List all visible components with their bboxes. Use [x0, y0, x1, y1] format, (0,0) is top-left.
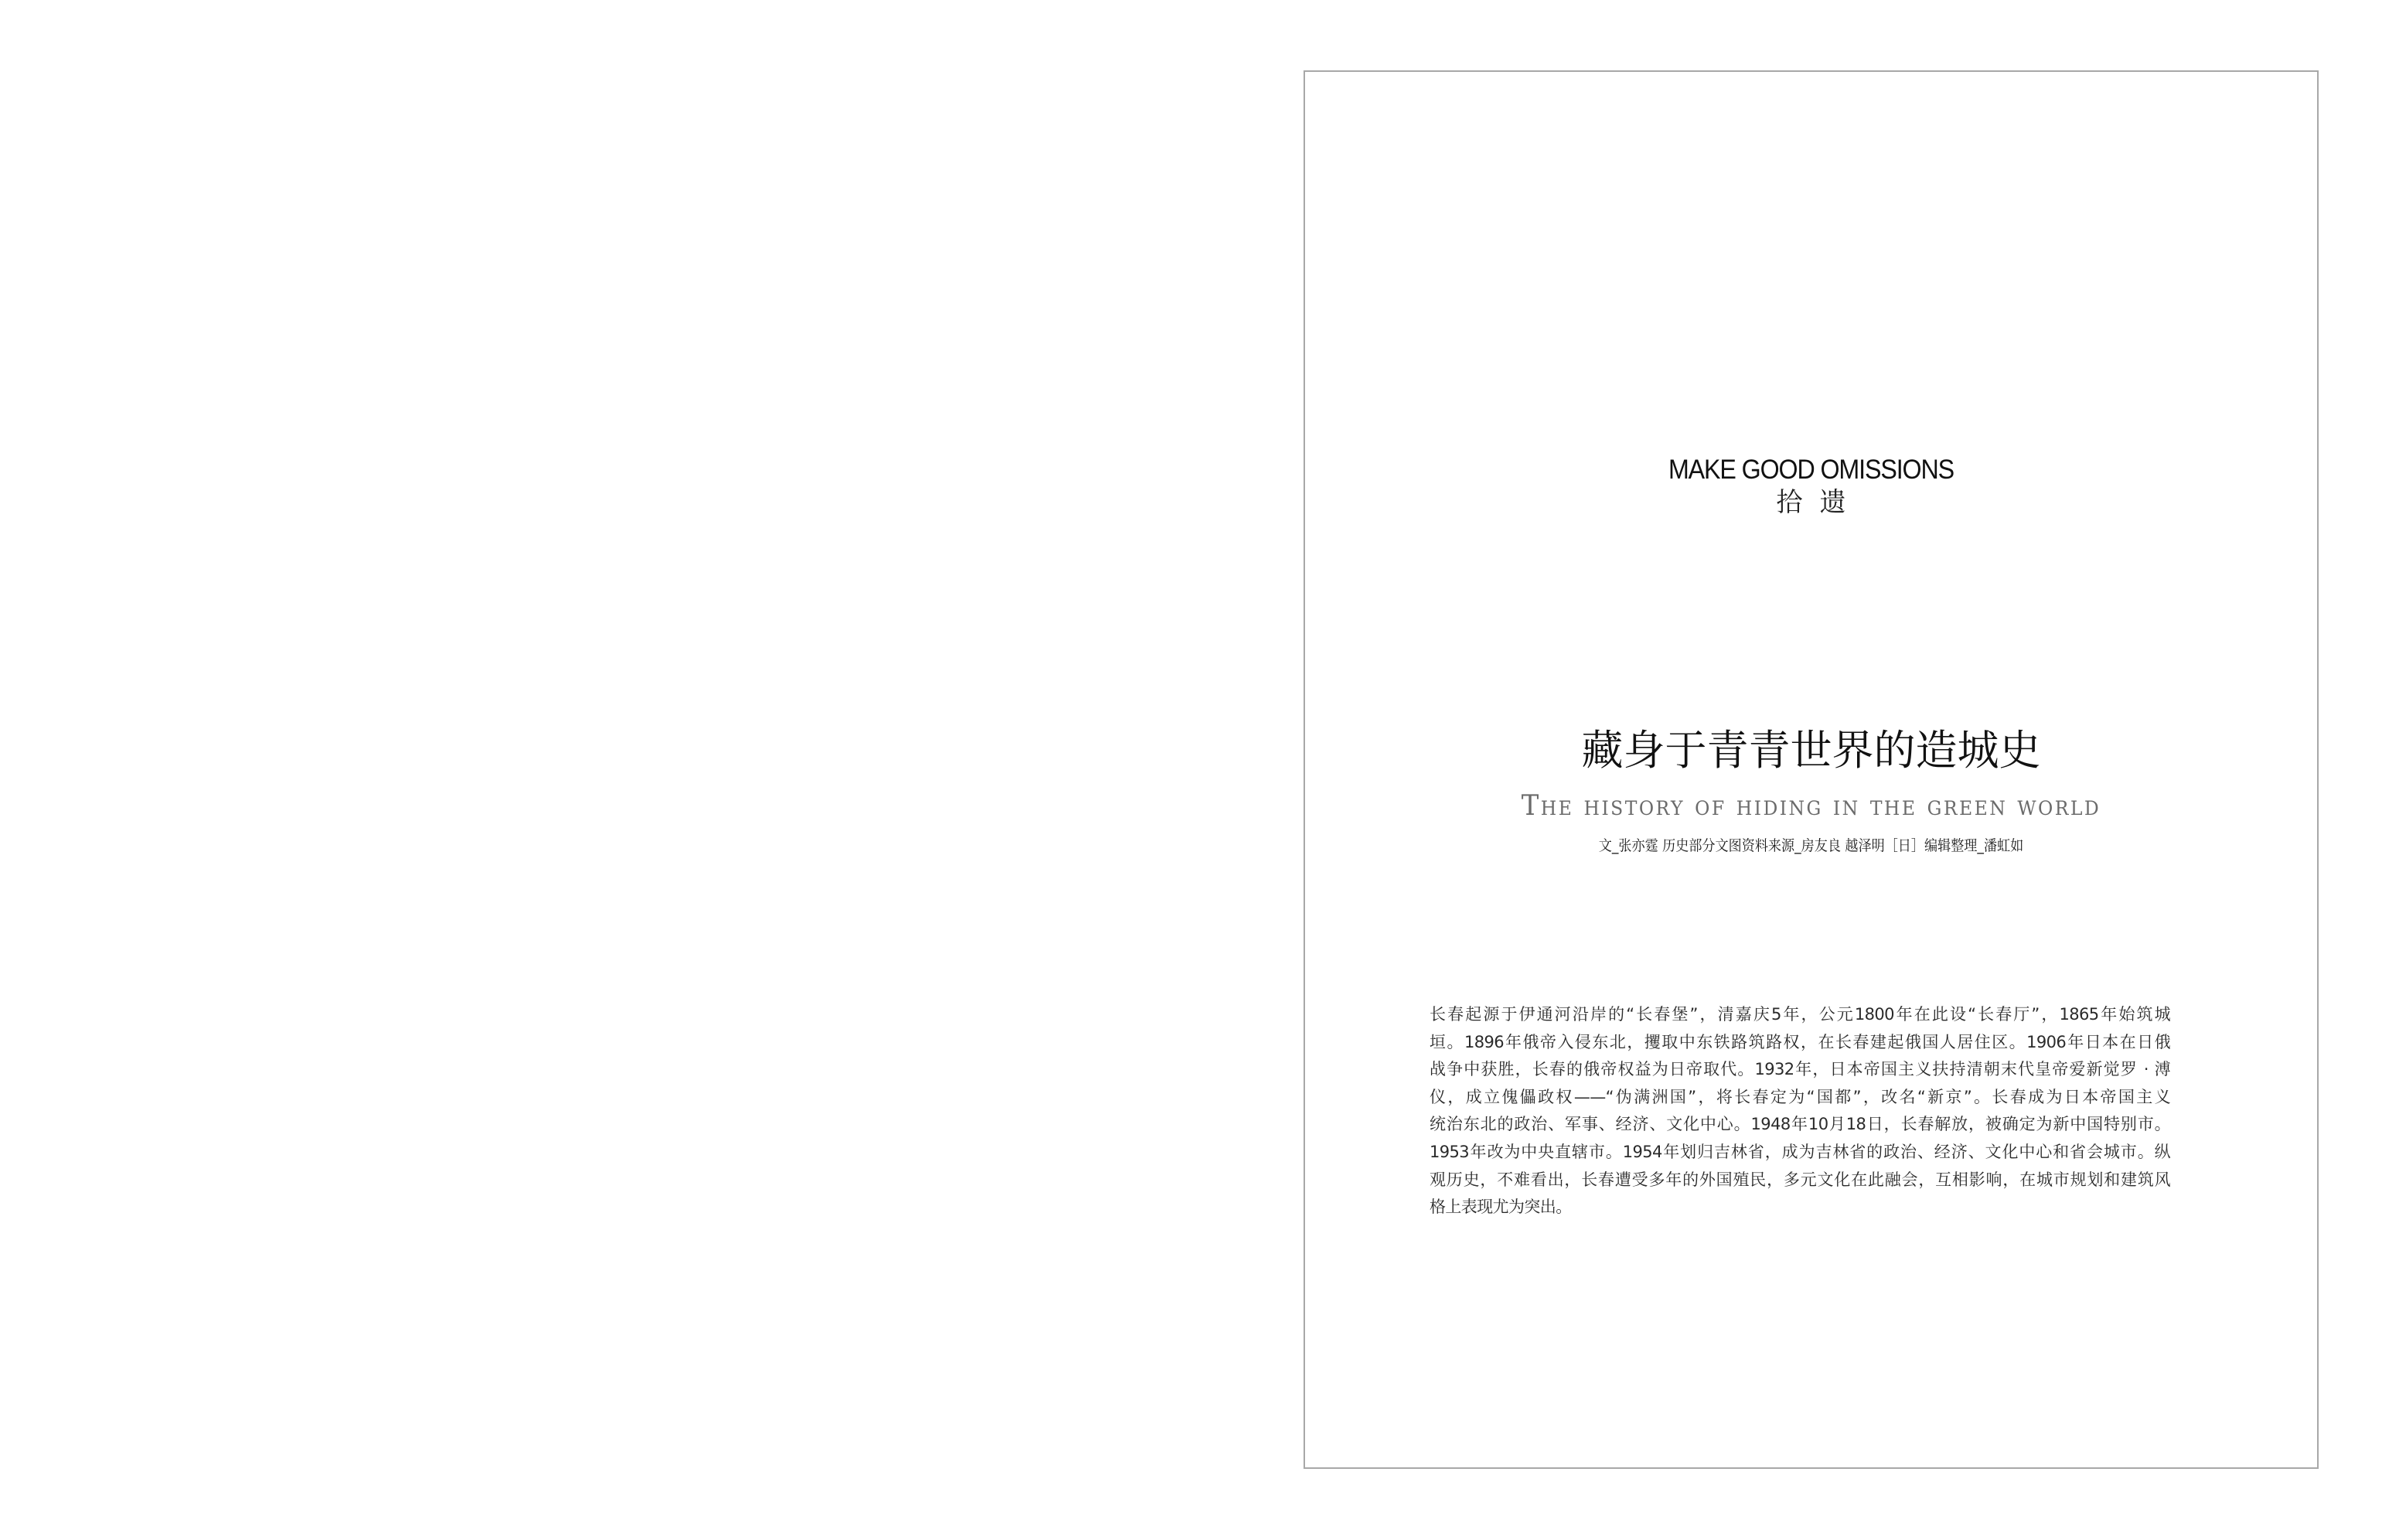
- article-title-english: The history of hiding in the green world: [1335, 791, 2286, 822]
- body-line: 战争中获胜，长春的俄帝权益为日帝取代。1932年，日本帝国主义扶持清朝末代皇帝爱…: [1430, 1056, 2170, 1084]
- body-line: 统治东北的政治、军事、经济、文化中心。1948年10月18日，长春解放，被确定为…: [1430, 1111, 2170, 1139]
- body-line: 仪，成立傀儡政权——“伪满洲国”，将长春定为“国都”，改名“新京”。长春成为日本…: [1430, 1084, 2170, 1112]
- body-line: 长春起源于伊通河沿岸的“长春堡”，清嘉庆5年，公元1800年在此设“长春厅”，1…: [1430, 1001, 2170, 1029]
- body-line: 格上表现尤为突出。: [1430, 1194, 2170, 1221]
- article-credits: 文_张亦霆 历史部分文图资料来源_房友良 越泽明［日］编辑整理_潘虹如: [1355, 836, 2266, 855]
- left-page-blank: [0, 0, 1237, 1540]
- body-line: 观历史，不难看出，长春遭受多年的外国殖民，多元文化在此融会，互相影响，在城市规划…: [1430, 1167, 2170, 1194]
- body-line: 垣。1896年俄帝入侵东北，攫取中东铁路筑路权，在长春建起俄国人居住区。1906…: [1430, 1029, 2170, 1057]
- body-line: 1953年改为中央直辖市。1954年划归吉林省，成为吉林省的政治、经济、文化中心…: [1430, 1139, 2170, 1167]
- page-frame: MAKE GOOD OMISSIONS 拾遗 藏身于青青世界的造城史 The h…: [1304, 70, 2319, 1469]
- article-title-chinese: 藏身于青青世界的造城史: [1305, 726, 2317, 775]
- section-label-chinese: 拾遗: [1305, 487, 2317, 518]
- section-label-english: MAKE GOOD OMISSIONS: [1345, 455, 2276, 486]
- article-body: 长春起源于伊通河沿岸的“长春堡”，清嘉庆5年，公元1800年在此设“长春厅”，1…: [1430, 1001, 2170, 1221]
